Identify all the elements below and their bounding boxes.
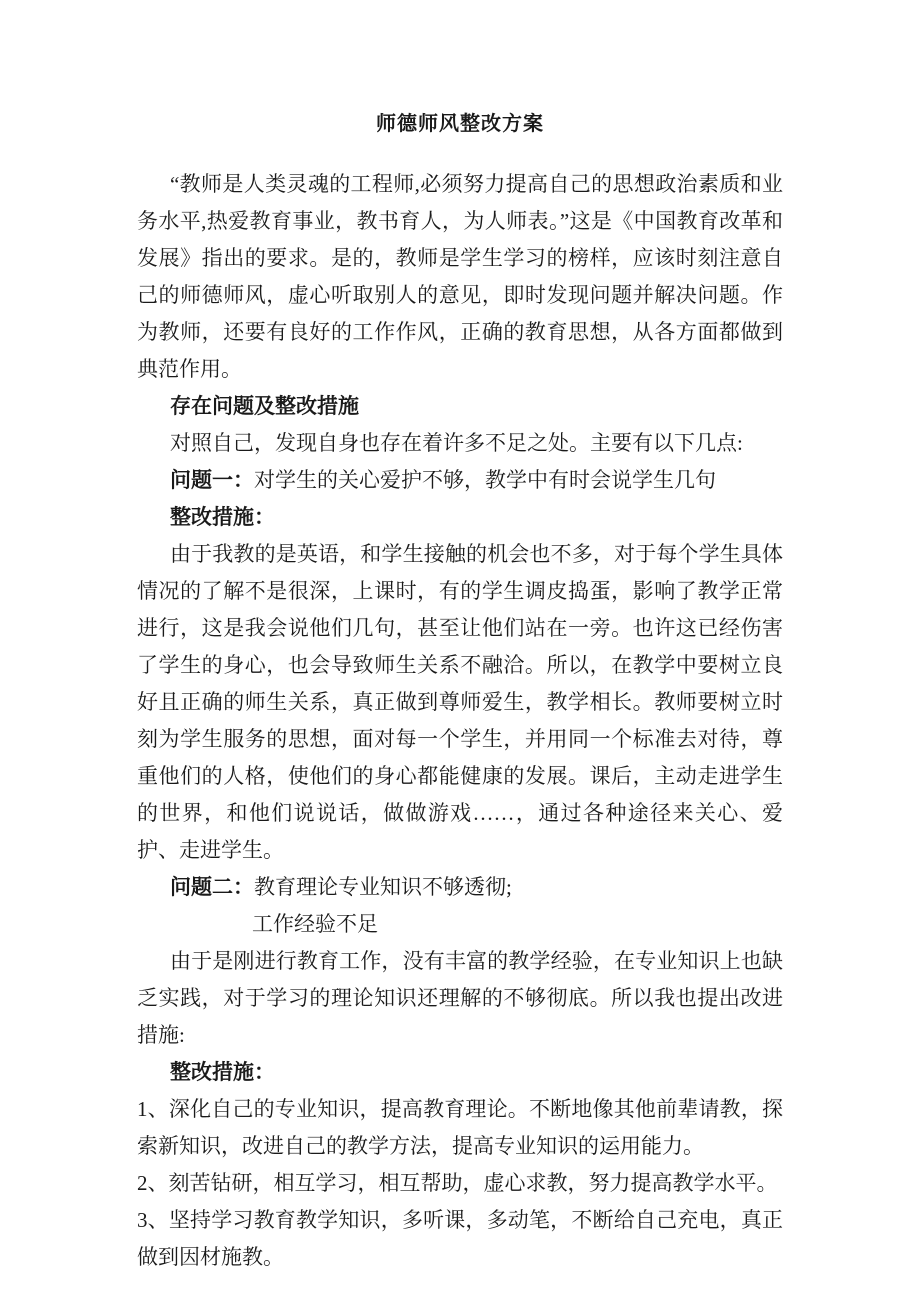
measures2-item-2: 2、刻苦钻研，相互学习，相互帮助，虚心求教，努力提高教学水平。 [137, 1165, 783, 1202]
section-heading: 存在问题及整改措施 [137, 388, 783, 425]
self-review-paragraph: 对照自己，发现自身也存在着许多不足之处。主要有以下几点: [137, 425, 783, 462]
problem2-text2: 工作经验不足 [137, 906, 783, 943]
problem1-label: 问题一： [170, 469, 254, 492]
problem2-line: 问题二：教育理论专业知识不够透彻; [137, 869, 783, 906]
document-body: “教师是人类灵魂的工程师,必须努力提高自己的思想政治素质和业务水平,热爱教育事业… [137, 166, 783, 1276]
problem2-label: 问题二： [170, 876, 254, 899]
document-page: 师德师风整改方案 “教师是人类灵魂的工程师,必须努力提高自己的思想政治素质和业务… [0, 0, 920, 1302]
problem1-text: 对学生的关心爱护不够，教学中有时会说学生几句 [254, 468, 716, 492]
measures2-heading: 整改措施： [137, 1054, 783, 1091]
problem1-line: 问题一：对学生的关心爱护不够，教学中有时会说学生几句 [137, 462, 783, 499]
measures2-item-1: 1、深化自己的专业知识，提高教育理论。不断地像其他前辈请教，探索新知识，改进自己… [137, 1091, 783, 1165]
measures1-heading: 整改措施： [137, 499, 783, 536]
measures1-paragraph: 由于我教的是英语，和学生接触的机会也不多，对于每个学生具体情况的了解不是很深，上… [137, 536, 783, 869]
problem2-text: 教育理论专业知识不够透彻; [254, 875, 512, 899]
problem2-paragraph: 由于是刚进行教育工作，没有丰富的教学经验，在专业知识上也缺乏实践，对于学习的理论… [137, 943, 783, 1054]
intro-paragraph: “教师是人类灵魂的工程师,必须努力提高自己的思想政治素质和业务水平,热爱教育事业… [137, 166, 783, 388]
document-title: 师德师风整改方案 [137, 111, 783, 137]
measures2-item-3: 3、坚持学习教育教学知识，多听课，多动笔，不断给自己充电，真正做到因材施教。 [137, 1202, 783, 1276]
